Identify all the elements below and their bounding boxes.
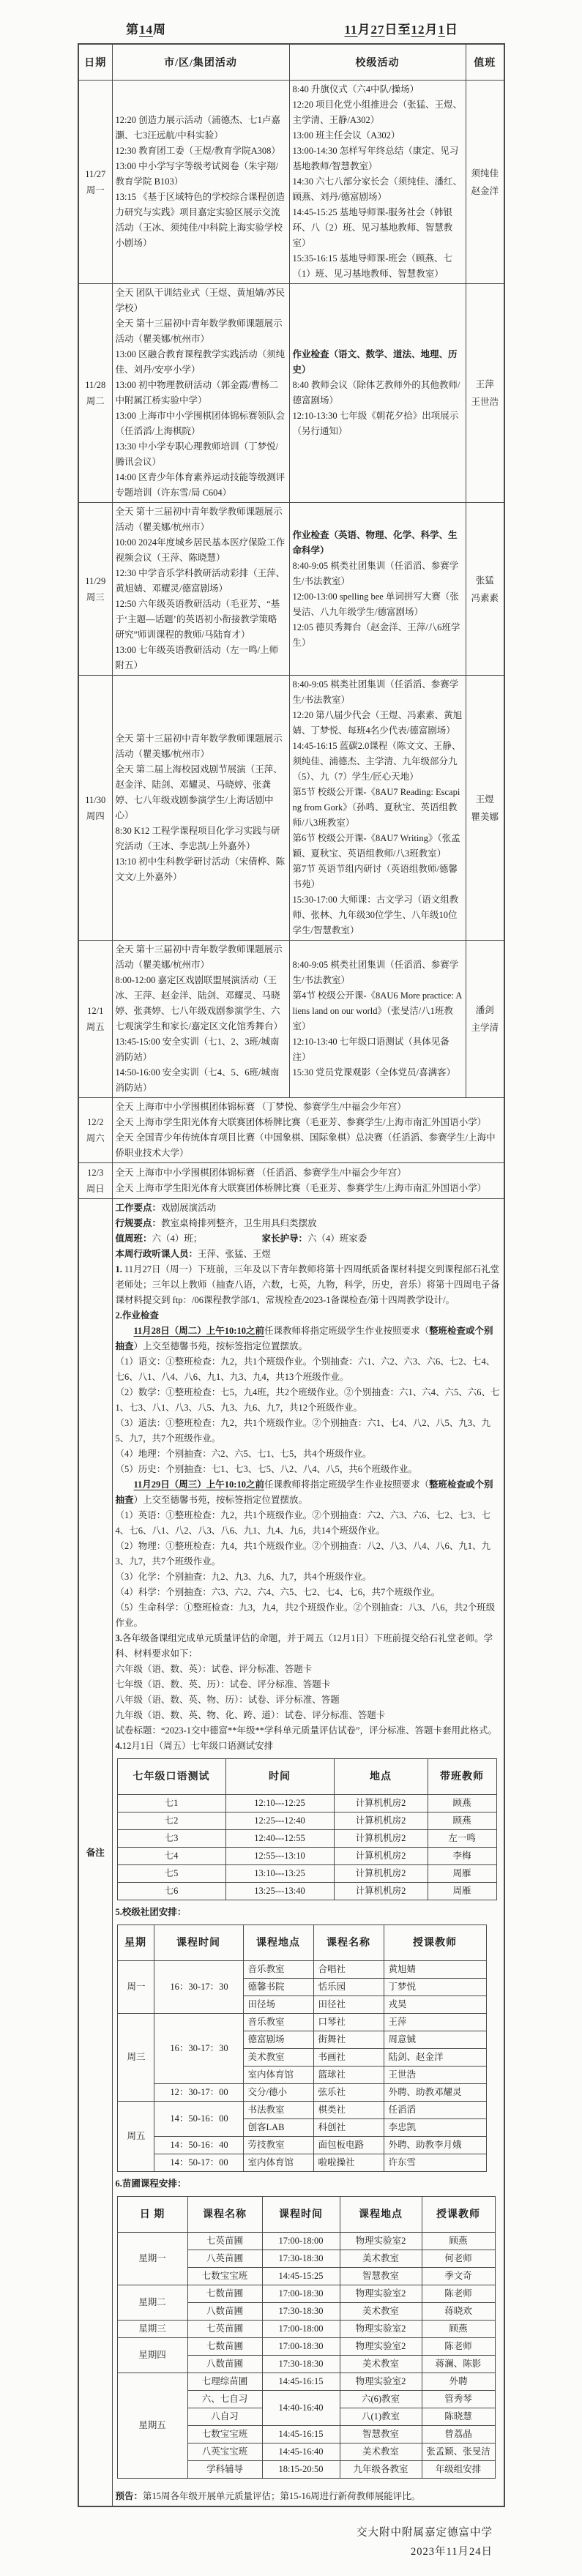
district-activities-cell: 全天 第十三届初中青年数学教师课题展示活动（瞿美娜/杭州市）8:00-12:00… — [112, 941, 289, 1098]
weekday-value: 周五 — [82, 1019, 109, 1035]
inner-table-cell: 14：50-16：40 — [154, 2137, 243, 2154]
activity-line: 13:45-15:00 安全实训（七1、2、3班/城南消防站） — [116, 1034, 286, 1065]
weekday-value: 周二 — [82, 393, 109, 409]
inner-table-header-row: 日 期课程名称课程时间课程地点授课教师 — [117, 2197, 495, 2233]
inner-table-cell: 星期四 — [117, 2338, 187, 2373]
activity-line: 8:40-9:05 棋类社团集训（任滔滔、参赛学生/书法教室） — [293, 957, 463, 988]
inner-column-header: 时间 — [225, 1759, 334, 1795]
inner-column-header: 课程名称 — [313, 1925, 384, 1961]
inner-table-row: 七212:25---12:40计算机机房2顾燕 — [117, 1812, 496, 1830]
text-segment: 1 — [439, 23, 446, 37]
inner-table-cell: 蒋晓欢 — [422, 2303, 495, 2321]
activity-line: 14:45-16:15 蓝碳2.0课程（陈文文、王静、须纯佳、浦德杰、主学清、九… — [293, 739, 463, 785]
note-paragraph: （3）道法：①整班检查：九2，共1个班级作业。②个别抽查：六1、七4、八2、八5… — [116, 1416, 501, 1446]
inner-table-cell: 八自习 — [187, 2408, 262, 2426]
duty-name: 王世浩 — [469, 393, 501, 411]
text-segment: （5）生命科学：①整班检查：九3，九4，共2个班级作业。②个别抽查：八3、八6，… — [116, 1602, 496, 1628]
text-segment: 3. — [116, 1633, 122, 1643]
text-segment: 家长护导： — [262, 1233, 308, 1244]
activity-line: 全天 上海市学生阳光体育大联赛团体桥牌比赛（毛亚芳、参赛学生/上海市南汇外国语小… — [116, 1115, 501, 1130]
inner-table-cell: 曾荔晶 — [422, 2426, 495, 2444]
inner-table-cell: 街舞社 — [313, 2031, 384, 2049]
inner-table-cell: 合唱社 — [313, 1961, 384, 1979]
text-segment: 七年级（语、数、英、历）：试卷、评分标准、答题卡 — [116, 1679, 331, 1690]
inner-table-row: 星期三七英苗圃17:00-18:00物理实验室2顾燕 — [117, 2321, 495, 2338]
inner-table-cell: 17:00-18:00 — [262, 2321, 340, 2338]
inner-table-cell: 计算机机房2 — [334, 1812, 428, 1830]
date-value: 11/28 — [82, 377, 109, 393]
text-segment: （2）物理：①整班检查：九4，共1个班级作业。②个别抽查：八2、八3、八4、八6… — [116, 1541, 491, 1567]
schedule-row-11-27: 11/27周一12:20 创造力展示活动（浦德杰、七1卢嘉灏、七3汪远航/中科实… — [78, 81, 504, 284]
district-activities-cell: 全天 团队干训结业式（王煜、黄旭婧/苏民学校）全天 第十三届初中青年数学教师课题… — [112, 284, 289, 503]
inner-table-cell: 14：50-16：00 — [154, 2102, 243, 2137]
weekday-value: 周四 — [82, 808, 109, 824]
note-paragraph: （5）历史：个别抽查：七1、七3、七5、八2、八4、八5，共6个班级作业。 — [116, 1462, 501, 1477]
duty-name: 张猛 — [469, 572, 501, 589]
inner-column-header: 地点 — [334, 1759, 428, 1795]
inner-table-cell: 七2 — [117, 1812, 225, 1830]
activity-line: 12:20 项目化党小组推进会（张猛、王煜、主学清、王静/A302） — [293, 97, 463, 128]
document-footer: 交大附中附属嘉定德富中学 2023年11月24日 — [0, 2523, 582, 2561]
district-activities-cell: 12:20 创造力展示活动（浦德杰、七1卢嘉灏、七3汪远航/中科实验）12:30… — [112, 81, 289, 284]
activity-line: 8:40 升旗仪式（六4中队/操场） — [293, 82, 463, 97]
date-value: 12/1 — [82, 1003, 109, 1019]
inner-table-row: 周五14：50-16：00书法教室棋类社任滔滔 — [117, 2102, 486, 2119]
week-label: 第14周 — [126, 19, 166, 37]
inner-table-cell: 九年级各教室 — [340, 2461, 422, 2479]
document-title: 第14周 11月27日至12月1日 — [78, 19, 505, 37]
inner-table-cell: 计算机机房2 — [334, 1830, 428, 1848]
notes-label-cell: 备注 — [78, 1199, 112, 2507]
activity-line: 12:05 德贝秀舞台（赵金洋、王萍/八6班学生） — [293, 620, 463, 651]
inner-table-cell: 13:10---13:25 — [225, 1865, 334, 1883]
inner-table-cell: 七5 — [117, 1865, 225, 1883]
inner-table-cell: 面包板电路 — [313, 2137, 384, 2154]
inner-column-header: 星期 — [117, 1925, 154, 1961]
activity-line: 全天 团队干训结业式（王煜、黄旭婧/苏民学校） — [116, 285, 286, 316]
date-cell: 12/3周日 — [78, 1163, 112, 1199]
inner-table-cell: 田径社 — [313, 1996, 384, 2014]
activity-line: 13:00 班主任会议（A302） — [293, 128, 463, 143]
activity-line: 12:20 第八届少代会（王煜、冯素素、黄旭婧、丁梦悦、每班4名少代表/德富剧场… — [293, 708, 463, 739]
text-segment: 第 — [126, 23, 139, 37]
inner-table-cell: 八数苗圃 — [187, 2303, 262, 2321]
inner-table-cell: 智慧教室 — [340, 2426, 422, 2444]
inner-table-row: 12：30-17：00交分/德小弦乐社外聘、助教邓耀灵 — [117, 2084, 486, 2102]
inner-table-cell: 学科辅导 — [187, 2461, 262, 2479]
school-activities-cell: 作业检查（语文、数学、道法、地理、历史）8:40 教师会议（除体艺教师外的其他教… — [289, 284, 466, 503]
inner-table-cell: 16：30-17：30 — [154, 2014, 243, 2084]
inner-table-cell: 外聘 — [422, 2373, 495, 2391]
activity-line: 第7节 英语节组内研讨（英语组教师/德馨书苑） — [293, 862, 463, 892]
inner-table-cell: 17:30-18:30 — [262, 2356, 340, 2373]
text-segment: 月 — [358, 23, 371, 37]
note-paragraph: 4.12月1日（周五）七年级口语测试安排 — [116, 1739, 501, 1754]
duty-cell: 王煜瞿美娜 — [466, 676, 504, 941]
text-segment: 2.作业检查 — [116, 1310, 159, 1321]
schedule-row-11-30: 11/30周四全天 第十三届初中青年数学教师课题展示活动（瞿美娜/杭州市）全天 … — [78, 676, 504, 941]
inner-table-cell: 周意铖 — [384, 2031, 486, 2049]
note-paragraph: 八年级（语、数、英、物、历）：试卷、评分标准、答题 — [116, 1692, 501, 1708]
inner-table-row: 星期二七数苗圃17:00-18:30物理实验室2陈老师 — [117, 2285, 495, 2303]
inner-table-cell: 季文奇 — [422, 2268, 495, 2285]
activity-line: 14:30 六七八部分家长会（须纯佳、潘红、顾燕、刘丹/德富剧场） — [293, 174, 463, 205]
activity-line: 12:10-13:30 七年级《朝花夕拾》出项展示（另行通知） — [293, 408, 463, 439]
inner-table-cell: 16：30-17：30 — [154, 1961, 243, 2014]
activity-line: 13:00 初中物理教研活动（郭金霞/曹杨二中附属江桥实验中学） — [116, 378, 286, 408]
activity-line: 12:50 六年级英语教研活动（毛亚芳、“基于‘主题—话题’的英语初小衔接教学策… — [116, 597, 286, 643]
text-segment: 4. — [116, 1741, 122, 1751]
merged-activities-cell: 全天 上海市中小学围棋团体锦标赛 （丁梦悦、参赛学生/中福会少年宫）全天 上海市… — [112, 1098, 504, 1163]
activity-line: 15:30 党员党课观影（全体党员/喜满客） — [293, 1065, 463, 1080]
text-segment: 行规要点： — [116, 1218, 162, 1228]
inner-table-cell: 12:55---13:10 — [225, 1848, 334, 1865]
text-segment: 27 — [371, 23, 385, 37]
activity-line: 15:35-16:15 基地导师课-班会（顾燕、七（1）班、见习基地教师、智慧教… — [293, 251, 463, 282]
activity-line: 13:00 区融合教育课程教学实践活动（须纯佳、刘丹/安亭小学） — [116, 347, 286, 378]
inner-column-header: 日 期 — [117, 2197, 187, 2233]
inner-table-row: 七112:10---12:25计算机机房2顾燕 — [117, 1795, 496, 1812]
activity-line: 13:00 上海市中小学围棋团体锦标赛领队会（任滔滔/上海棋院） — [116, 408, 286, 439]
inner-table-cell: 七英苗圃 — [187, 2233, 262, 2250]
activity-line: 8:30 K12 工程学课程项目化学习实践与研究活动（王冰、李忠凯/上外嘉外） — [116, 824, 286, 854]
text-segment: 任课教师将指定班级学生作业按照要求（ — [264, 1326, 429, 1336]
inner-table-cell: 书法教室 — [243, 2102, 313, 2119]
inner-table-cell: 科创社 — [313, 2119, 384, 2137]
note-paragraph: 5.校级社团安排： — [116, 1905, 501, 1920]
school-activities-cell: 8:40-9:05 棋类社团集训（任滔滔、参赛学生/书法教室）第4节 校级公开课… — [289, 941, 466, 1098]
inner-table-cell: 美术教室 — [243, 2049, 313, 2067]
note-paragraph: （4）地理：个别抽查：六2、六5、七1、七5，共4个班级作业。 — [116, 1446, 501, 1462]
inner-table-cell: 田径场 — [243, 1996, 313, 2014]
text-segment: 12 — [411, 23, 425, 37]
inner-table-cell: 计算机机房2 — [334, 1865, 428, 1883]
inner-column-header: 七年级口语测试 — [117, 1759, 225, 1795]
activity-line: 第4节 校级公开课-《8AU6 More practice: Aliens la… — [293, 988, 463, 1034]
activity-line: 12:00-13:00 spelling bee 单词拼写大赛（张旻洁、八九年级… — [293, 589, 463, 620]
duty-name: 王萍 — [469, 376, 501, 393]
activity-line: 8:40-9:05 棋类社团集训（任滔滔、参赛学生/书法教室） — [293, 677, 463, 708]
clubs-table: 星期课程时间课程地点课程名称授课教师周一16：30-17：30音乐教室合唱社黄旭… — [117, 1924, 487, 2172]
note-paragraph: 1. 11月27日（周一）下班前，三年及以下青年教师将第十四周纸质备课材料提交到… — [116, 1262, 501, 1308]
text-segment: 戏剧展演活动 — [161, 1203, 216, 1213]
schedule-row-12-3: 12/3周日全天 上海市中小学围棋团体锦标赛 （任滔滔、参赛学生/中福会少年宫）… — [78, 1163, 504, 1199]
inner-table-cell: 音乐教室 — [243, 1961, 313, 1979]
inner-table-cell: 星期五 — [117, 2373, 187, 2479]
date-cell: 11/29周三 — [78, 503, 112, 676]
inner-table-cell: 美术教室 — [340, 2303, 422, 2321]
note-paragraph: 值周班：六（4）班； 家长护导：六（4）班家委 — [116, 1231, 501, 1247]
date-value: 11/27 — [82, 166, 109, 182]
inner-table-cell: 周五 — [117, 2102, 154, 2172]
activity-line: 全天 第十三届初中青年数学教师课题展示活动（瞿美娜/杭州市） — [116, 504, 286, 535]
duty-name: 主学清 — [469, 1019, 501, 1037]
activity-line: 13:00 中小学写字等级考试阅卷（朱宇翔/教育学院 B103） — [116, 159, 286, 190]
text-segment: 六（4）班； — [152, 1233, 262, 1244]
text-segment: 值周班： — [116, 1233, 152, 1244]
inner-table-cell: 12:40---12:55 — [225, 1830, 334, 1848]
inner-table-cell: 戎昊 — [384, 1996, 486, 2014]
text-segment: 11月28日（周二）上午10:10之前 — [134, 1326, 264, 1336]
date-cell: 12/2周六 — [78, 1098, 112, 1163]
text-segment: 八年级（语、数、英、物、历）：试卷、评分标准、答题 — [116, 1695, 340, 1705]
inner-table-cell: 七数宝宝班 — [187, 2426, 262, 2444]
notes-row: 备注工作要点：戏剧展演活动行规要点：教室桌椅排列整齐，卫生用具归类摆放值周班：六… — [78, 1199, 504, 2507]
text-segment: 试卷标题：“2023-1交中德富**年级**学科单元质量评估试卷”，评分标准、答… — [116, 1725, 498, 1736]
inner-table-cell: 口琴社 — [313, 2014, 384, 2031]
header-row: 日期市/区/集团活动校级活动值班 — [78, 44, 504, 81]
inner-table-cell: 14:45-16:15 — [262, 2373, 340, 2391]
inner-table-cell: 何老师 — [422, 2250, 495, 2268]
inner-table-cell: 物理实验室2 — [340, 2321, 422, 2338]
inner-table-cell: 八数苗圃 — [187, 2356, 262, 2373]
weekly-schedule-table: 日期市/区/集团活动校级活动值班11/27周一12:20 创造力展示活动（浦德杰… — [78, 43, 505, 2507]
activity-line: 13:30 中小学专职心理教师培训（丁梦悦/腾讯会议） — [116, 439, 286, 470]
text-segment: 日 — [445, 23, 458, 37]
inner-table-row: 周三16：30-17：30音乐教室口琴社王萍 — [117, 2014, 486, 2031]
weekday-value: 周三 — [82, 589, 109, 605]
inner-table-cell: 13:25---13:40 — [225, 1883, 334, 1900]
activity-line: 10:00 2024年度城乡居民基本医疗保险工作视频会议（王萍、陈晓慧） — [116, 535, 286, 566]
text-segment: ）上交至德馨书苑，按标签指定位置摆放。 — [134, 1341, 308, 1351]
duty-name: 瞿美娜 — [469, 808, 501, 826]
text-segment: 1. — [116, 1264, 122, 1274]
activity-line: 作业检查（英语、物理、化学、科学、生命科学） — [293, 528, 463, 559]
text-segment: （4）科学：个别抽查：六3、六2、六4、六5、七2、七4、七6，共7个班级作业。 — [116, 1587, 441, 1597]
date-value: 12/2 — [82, 1114, 109, 1130]
activity-line: 全天 上海市学生阳光体育大联赛团体桥牌比赛（毛亚芳、参赛学生/上海市南汇外国语小… — [116, 1181, 501, 1196]
document-page: 第14周 11月27日至12月1日 日期市/区/集团活动校级活动值班11/27周… — [0, 0, 582, 2576]
inner-table-cell: 周一 — [117, 1961, 154, 2014]
duty-cell: 张猛冯素素 — [466, 503, 504, 676]
column-header: 校级活动 — [289, 44, 466, 81]
text-segment: （1）语文：①整班检查：九2，共1个班级作业。个别抽查：六1、六2、六3、六6、… — [116, 1356, 496, 1382]
inner-table-cell: 17:00-18:30 — [262, 2338, 340, 2356]
inner-table-row: 星期四七数苗圃17:00-18:30物理实验室2陈老师 — [117, 2338, 495, 2356]
note-paragraph: （1）英语：①整班检查：九2，共1个班级作业。②个别抽查：六2、六3、六6、七2… — [116, 1508, 501, 1539]
column-header: 市/区/集团活动 — [112, 44, 289, 81]
inner-column-header: 带班教师 — [428, 1759, 496, 1795]
text-segment: 教室桌椅排列整齐，卫生用具归类摆放 — [161, 1218, 317, 1228]
inner-table-cell: 顾燕 — [422, 2233, 495, 2250]
inner-table-cell: 物理实验室2 — [340, 2373, 422, 2391]
column-header: 日期 — [78, 44, 112, 81]
inner-table-cell: 周雁 — [428, 1865, 496, 1883]
inner-table-cell: 弦乐社 — [313, 2084, 384, 2102]
footer-date: 2023年11月24日 — [0, 2542, 493, 2561]
inner-table-cell: 篮球社 — [313, 2067, 384, 2084]
inner-table-cell: 14:45-16:15 — [262, 2426, 340, 2444]
inner-table-row: 七513:10---13:25计算机机房2周雁 — [117, 1865, 496, 1883]
school-name: 交大附中附属嘉定德富中学 — [0, 2523, 493, 2542]
date-cell: 12/1周五 — [78, 941, 112, 1098]
text-segment: 5.校级社团安排： — [116, 1907, 187, 1917]
duty-cell: 王萍王世浩 — [466, 284, 504, 503]
date-cell: 11/27周一 — [78, 81, 112, 284]
duty-cell: 须纯佳赵金洋 — [466, 81, 504, 284]
schedule-row-11-29: 11/29周三全天 第十三届初中青年数学教师课题展示活动（瞿美娜/杭州市）10:… — [78, 503, 504, 676]
text-segment: ）上交至德馨书苑，按标签指定位置摆放。 — [134, 1495, 308, 1505]
note-paragraph: 本周行政听课人员：王萍、张猛、王煜 — [116, 1247, 501, 1262]
duty-name: 冯素素 — [469, 589, 501, 607]
inner-table-cell: 17:30-18:30 — [262, 2250, 340, 2268]
inner-table-cell: 室内体育馆 — [243, 2154, 313, 2172]
inner-table-cell: 17:00-18:30 — [262, 2285, 340, 2303]
inner-table-cell: 七数苗圃 — [187, 2285, 262, 2303]
activity-line: 第6节 校级公开课-《8AU7 Writing》（张孟颖、夏秋宝、英语组教师/八… — [293, 831, 463, 862]
inner-table-cell: 美术教室 — [340, 2356, 422, 2373]
miaopu-course-table: 日 期课程名称课程时间课程地点授课教师星期一七英苗圃17:00-18:00物理实… — [117, 2196, 496, 2479]
inner-table-row: 七312:40---12:55计算机机房2左一鸣 — [117, 1830, 496, 1848]
activity-line: 12:30 中学音乐学科教研活动彩排（王萍、黄旭婧、邓耀灵/德富剧场） — [116, 566, 286, 597]
text-segment: 11月27日（周一）下班前，三年及以下青年教师将第十四周纸质备课材料提交到课程部… — [116, 1264, 500, 1305]
note-paragraph: 七年级（语、数、英、历）：试卷、评分标准、答题卡 — [116, 1677, 501, 1692]
inner-table-cell: 17:00-18:00 — [262, 2233, 340, 2250]
inner-table-cell: 丁梦悦 — [384, 1979, 486, 1996]
inner-table-cell: 七3 — [117, 1830, 225, 1848]
inner-table-cell: 星期一 — [117, 2233, 187, 2285]
activity-line: 8:00-12:00 嘉定区戏剧联盟展演活动（王冰、王萍、赵金洋、陆剑、邓耀灵、… — [116, 973, 286, 1034]
inner-table-cell: 八英苗圃 — [187, 2250, 262, 2268]
inner-column-header: 课程时间 — [154, 1925, 243, 1961]
inner-table-cell: 顾燕 — [428, 1795, 496, 1812]
inner-table-cell: 外聘、助教邓耀灵 — [384, 2084, 486, 2102]
activity-line: 13:15 《基于区域特色的学校综合课程创造力研究与实践》项目嘉定实验区展示交流… — [116, 190, 286, 251]
note-paragraph: 预告：第15周各年级开展单元质量评估；第15-16周进行新荷教师展能评比。 — [116, 2489, 501, 2504]
inner-table-cell: 王萍 — [384, 2014, 486, 2031]
inner-table-cell: 智慧教室 — [340, 2268, 422, 2285]
activity-line: 全天 第十三届初中青年数学教师课题展示活动（瞿美娜/杭州市） — [116, 731, 286, 762]
inner-table-cell: 美术教室 — [340, 2444, 422, 2461]
text-segment: 六年级（语、数、英）：试卷、评分标准、答题卡 — [116, 1664, 313, 1674]
inner-table-cell: 12：30-17：00 — [154, 2084, 243, 2102]
activity-line: 14:45-15:25 基地导师课-服务社会（韩银环、八（2）班、见习基地教师、… — [293, 205, 463, 251]
inner-column-header: 课程地点 — [340, 2197, 422, 2233]
inner-table-cell: 七4 — [117, 1848, 225, 1865]
note-paragraph: 11月29日（周三）上午10:10之前任课教师将指定班级学生作业按照要求（整班检… — [116, 1477, 501, 1508]
text-segment: 11 — [344, 23, 357, 37]
inner-table-cell: 书画社 — [313, 2049, 384, 2067]
text-segment: 各年级备课组完成单元质量评估的命题，并于周五（12月1日）下班前提交给石礼堂老师… — [116, 1633, 493, 1659]
activity-line: 全天 全国青少年传统体育项目比赛（中国象棋、国际象棋）总决赛（任滔滔、参赛学生/… — [116, 1130, 501, 1161]
inner-table-cell: 星期二 — [117, 2285, 187, 2321]
activity-line: 8:40-9:05 棋类社团集训（任滔滔、参赛学生/书法教室） — [293, 559, 463, 589]
text-segment: 日至 — [385, 23, 411, 37]
text-segment: 本周行政听课人员： — [116, 1249, 198, 1259]
school-activities-cell: 8:40-9:05 棋类社团集训（任滔滔、参赛学生/书法教室）12:20 第八届… — [289, 676, 466, 941]
inner-table-row: 星期五七理综苗圃14:45-16:15物理实验室2外聘 — [117, 2373, 495, 2391]
activity-line: 全天 第十三届初中青年数学教师课题展示活动（瞿美娜/杭州市） — [116, 316, 286, 347]
date-value: 11/30 — [82, 792, 109, 808]
date-cell: 11/28周二 — [78, 284, 112, 503]
schedule-row-11-28: 11/28周二全天 团队干训结业式（王煜、黄旭婧/苏民学校）全天 第十三届初中青… — [78, 284, 504, 503]
text-segment: （3）道法：①整班检查：九2，共1个班级作业。②个别抽查：六1、七4、八2、八5… — [116, 1418, 491, 1444]
inner-table-cell: 17:30-18:30 — [262, 2303, 340, 2321]
activity-line: 12:10-13:40 七年级口语测试（具体见备注） — [293, 1034, 463, 1065]
note-paragraph: 3.各年级备课组完成单元质量评估的命题，并于周五（12月1日）下班前提交给石礼堂… — [116, 1631, 501, 1662]
text-segment: （5）历史：个别抽查：七1、七3、七5、八2、八4、八5，共6个班级作业。 — [116, 1464, 418, 1474]
inner-table-cell: 德馨书院 — [243, 1979, 313, 1996]
inner-table-cell: 七理综苗圃 — [187, 2373, 262, 2391]
inner-column-header: 课程时间 — [262, 2197, 340, 2233]
activity-line: 13:00-14:30 怎样写年终总结（康定、见习基地教师/智慧教室） — [293, 143, 463, 174]
oral-test-table: 七年级口语测试时间地点带班教师七112:10---12:25计算机机房2顾燕七2… — [117, 1758, 497, 1900]
weekday-value: 周六 — [82, 1130, 109, 1146]
activity-line: 15:30-17:00 大师课：古文学习（语文组教师、张林、九年级30位学生、八… — [293, 892, 463, 938]
inner-table-cell: 计算机机房2 — [334, 1883, 428, 1900]
note-paragraph: （4）科学：个别抽查：六3、六2、六4、六5、七2、七4、七6，共7个班级作业。 — [116, 1585, 501, 1600]
note-paragraph: 行规要点：教室桌椅排列整齐，卫生用具归类摆放 — [116, 1216, 501, 1231]
inner-table-cell: 八(1)教室 — [340, 2408, 422, 2426]
activity-line: 13:10 初中生科教学研讨活动（宋倩桦、陈文文/上外嘉外） — [116, 854, 286, 885]
inner-column-header: 课程地点 — [243, 1925, 313, 1961]
inner-table-cell: 创客LAB — [243, 2119, 313, 2137]
inner-table-cell: 七6 — [117, 1883, 225, 1900]
inner-table-cell: 八英宝宝班 — [187, 2444, 262, 2461]
inner-table-cell: 七数苗圃 — [187, 2338, 262, 2356]
text-segment: 预告： — [116, 2491, 143, 2501]
duty-cell: 潘剑主学清 — [466, 941, 504, 1098]
inner-table-row: 星期一七英苗圃17:00-18:00物理实验室2顾燕 — [117, 2233, 495, 2250]
note-paragraph: 六年级（语、数、英）：试卷、评分标准、答题卡 — [116, 1662, 501, 1677]
text-segment: 6.苗圃课程安排： — [116, 2179, 187, 2189]
date-range: 11月27日至12月1日 — [344, 19, 458, 37]
weekday-value: 周日 — [82, 1181, 109, 1197]
district-activities-cell: 全天 第十三届初中青年数学教师课题展示活动（瞿美娜/杭州市）全天 第二届上海校园… — [112, 676, 289, 941]
inner-table-cell: 七英苗圃 — [187, 2321, 262, 2338]
inner-table-cell: 物理实验室2 — [340, 2233, 422, 2250]
inner-table-cell: 周三 — [117, 2014, 154, 2102]
duty-name: 须纯佳 — [469, 165, 501, 182]
note-paragraph: 2.作业检查 — [116, 1308, 501, 1324]
inner-table-cell: 计算机机房2 — [334, 1795, 428, 1812]
activity-line: 8:40 教师会议（除体艺教师外的其他教师/德富剧场） — [293, 378, 463, 408]
inner-table-cell: 14:40-16:40 — [262, 2391, 340, 2426]
inner-table-cell: 计算机机房2 — [334, 1848, 428, 1865]
inner-table-cell: 美术教室 — [340, 2250, 422, 2268]
inner-table-header-row: 星期课程时间课程地点课程名称授课教师 — [117, 1925, 486, 1961]
activity-line: 作业检查（语文、数学、道法、地理、历史） — [293, 347, 463, 378]
inner-table-cell: 六(6)教室 — [340, 2391, 422, 2408]
text-segment: 第15周各年级开展单元质量评估；第15-16周进行新荷教师展能评比。 — [143, 2491, 420, 2501]
note-paragraph: 11月28日（周二）上午10:10之前任课教师将指定班级学生作业按照要求（整班检… — [116, 1324, 501, 1354]
inner-table-cell: 七1 — [117, 1795, 225, 1812]
inner-table-cell: 蒋澜、陈影 — [422, 2356, 495, 2373]
note-paragraph: 工作要点：戏剧展演活动 — [116, 1201, 501, 1216]
note-paragraph: 6.苗圃课程安排： — [116, 2176, 501, 2192]
schedule-row-12-2: 12/2周六全天 上海市中小学围棋团体锦标赛 （丁梦悦、参赛学生/中福会少年宫）… — [78, 1098, 504, 1163]
date-value: 12/3 — [82, 1165, 109, 1181]
text-segment: 周 — [153, 23, 166, 37]
text-segment: 11月29日（周三）上午10:10之前 — [134, 1479, 264, 1490]
weekday-value: 周一 — [82, 182, 109, 198]
school-activities-cell: 作业检查（英语、物理、化学、科学、生命科学）8:40-9:05 棋类社团集训（任… — [289, 503, 466, 676]
date-cell: 11/30周四 — [78, 676, 112, 941]
note-paragraph: （2）物理：①整班检查：九4，共1个班级作业。②个别抽查：八2、八3、八4、八6… — [116, 1539, 501, 1569]
activity-line: 全天 上海市中小学围棋团体锦标赛 （丁梦悦、参赛学生/中福会少年宫） — [116, 1100, 501, 1115]
text-segment: 六（4）班家委 — [307, 1233, 367, 1244]
text-segment: 14 — [139, 23, 153, 37]
note-paragraph: （2）数学：①整班检查：七5，九4班，共2个班级作业。②个别抽查：六1、六4、六… — [116, 1385, 501, 1416]
inner-table-row: 周一16：30-17：30音乐教室合唱社黄旭婧 — [117, 1961, 486, 1979]
text-segment: 王萍、张猛、王煜 — [198, 1249, 271, 1259]
inner-table-row: 14：50-16：40劳技教室面包板电路外聘、助教李月娥 — [117, 2137, 486, 2154]
inner-table-row: 14：50-17：00室内体育馆啦啦操社许东雪 — [117, 2154, 486, 2172]
activity-line: 14:00 区青少年体育素养运动技能等级测评专题培训（许东雪/局 C604） — [116, 470, 286, 501]
inner-column-header: 授课教师 — [384, 1925, 486, 1961]
inner-table-cell: 年级组安排 — [422, 2461, 495, 2479]
text-segment: （4）地理：个别抽查：六2、六5、七1、七5，共4个班级作业。 — [116, 1449, 372, 1459]
